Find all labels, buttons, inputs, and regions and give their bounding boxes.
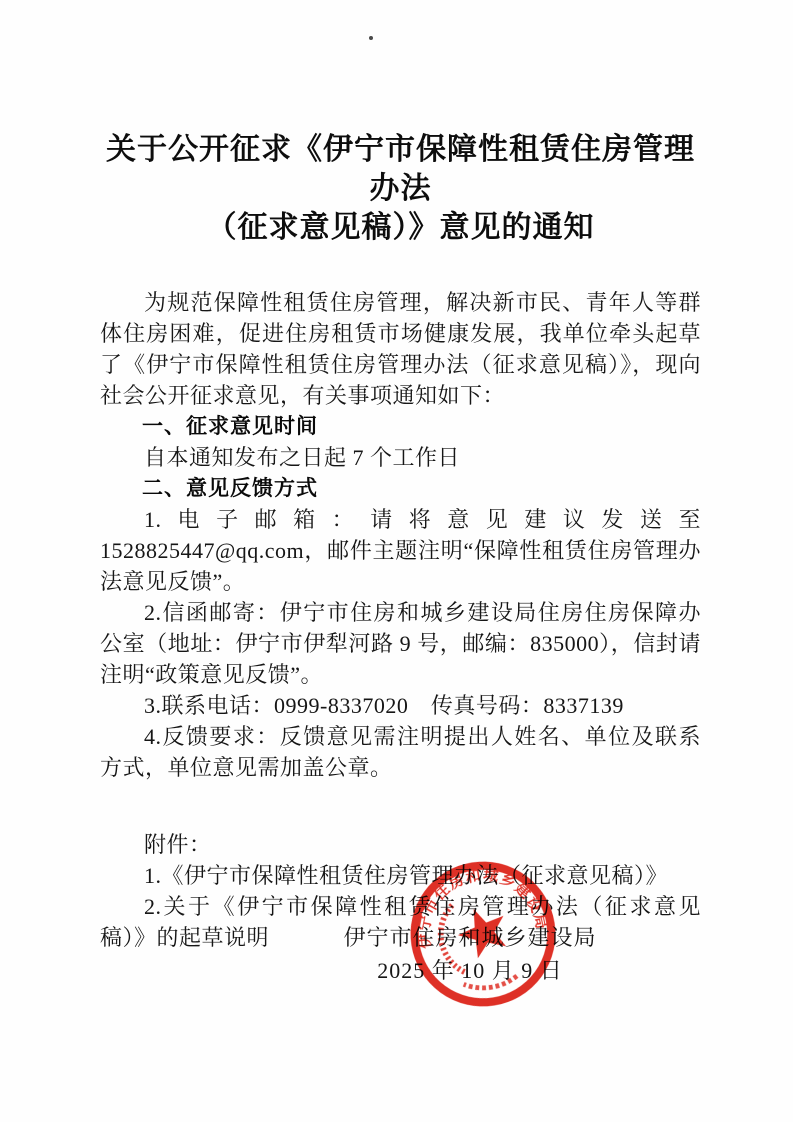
attachments-label: 附件：	[100, 829, 701, 860]
paragraph-requirements: 4.反馈要求：反馈意见需注明提出人姓名、单位及联系方式，单位意见需加盖公章。	[100, 721, 701, 783]
notice-body: 为规范保障性租赁住房管理，解决新市民、青年人等群体住房困难，促进住房租赁市场健康…	[100, 287, 701, 953]
scan-speck	[370, 871, 373, 874]
paragraph-phone: 3.联系电话：0999-8337020 传真号码：8337139	[100, 690, 701, 721]
section-heading-2: 二、意见反馈方式	[100, 473, 701, 504]
notice-title: 关于公开征求《伊宁市保障性租赁住房管理办法 （征求意见稿）》意见的通知	[100, 130, 701, 247]
paragraph-email: 1.电子邮箱：请将意见建议发送至 1528825447@qq.com，邮件主题注…	[100, 504, 701, 597]
paragraph-intro: 为规范保障性租赁住房管理，解决新市民、青年人等群体住房困难，促进住房租赁市场健康…	[100, 287, 701, 411]
document-content: 关于公开征求《伊宁市保障性租赁住房管理办法 （征求意见稿）》意见的通知 为规范保…	[100, 0, 701, 953]
notice-title-line1: 关于公开征求《伊宁市保障性租赁住房管理办法	[100, 130, 701, 208]
section-heading-1: 一、征求意见时间	[100, 411, 701, 442]
seal-star-icon	[451, 899, 515, 962]
notice-title-line2: （征求意见稿）》意见的通知	[100, 208, 701, 247]
uyghur-script-arc	[436, 904, 465, 975]
paragraph-mail: 2.信函邮寄：伊宁市住房和城乡建设局住房住房保障办公室（地址：伊宁市伊犁河路 9…	[100, 597, 701, 690]
official-seal: 伊宁市住房和城乡建设局	[395, 846, 571, 1022]
paragraph-timeframe: 自本通知发布之日起 7 个工作日	[100, 442, 701, 473]
document-page: 关于公开征求《伊宁市保障性租赁住房管理办法 （征求意见稿）》意见的通知 为规范保…	[0, 0, 793, 1122]
seal-bottom-marks	[464, 976, 518, 992]
scan-speck	[369, 36, 373, 40]
